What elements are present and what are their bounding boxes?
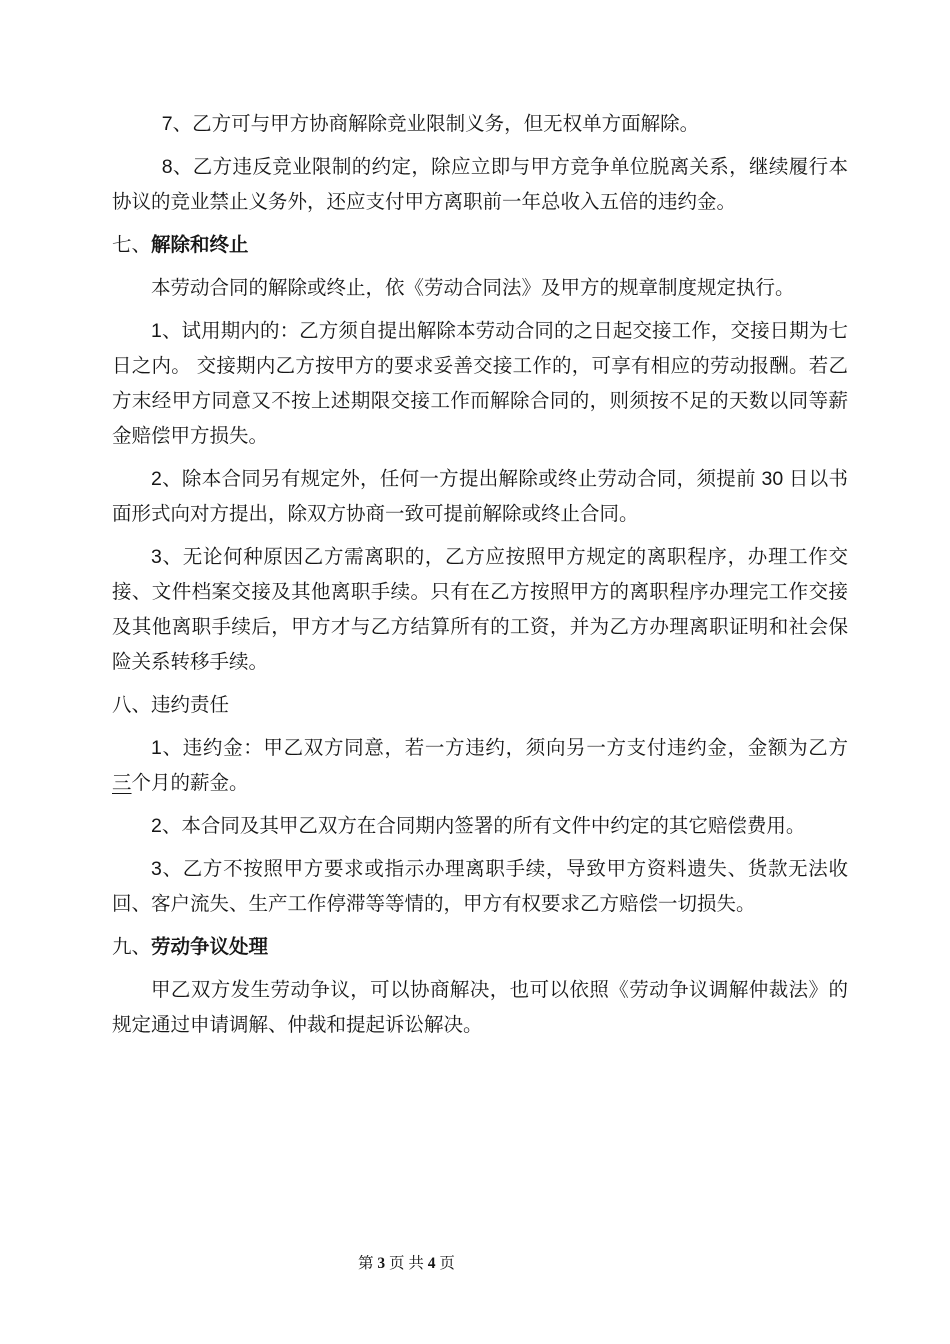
page-number: 3 (377, 1255, 385, 1272)
section-7-intro: 本劳动合同的解除或终止，依《劳动合同法》及甲方的规章制度规定执行。 (112, 271, 848, 306)
document-page: 7、乙方可与甲方协商解除竞业限制义务，但无权单方面解除。 8、乙方违反竞业限制的… (0, 0, 950, 1043)
section-8-item-1-tail: 个月的薪金。 (132, 772, 249, 794)
section-7-item-2: 2、除本合同另有规定外，任何一方提出解除或终止劳动合同，须提前 30 日以书面形… (112, 462, 848, 532)
clause-6-item-8: 8、乙方违反竞业限制的约定，除应立即与甲方竞争单位脱离关系，继续履行本协议的竞业… (112, 150, 848, 220)
section-number: 七、 (112, 234, 151, 256)
footer-prefix: 第 (358, 1255, 377, 1272)
underlined-value: 三 (112, 772, 132, 794)
section-7-item-1: 1、试用期内的：乙方须自提出解除本劳动合同的之日起交接工作，交接日期为七日之内。… (112, 314, 848, 454)
section-8-item-2: 2、本合同及其甲乙双方在合同期内签署的所有文件中约定的其它赔偿费用。 (112, 809, 848, 844)
clause-6-item-7: 7、乙方可与甲方协商解除竞业限制义务，但无权单方面解除。 (112, 107, 848, 142)
section-heading-7: 七、解除和终止 (112, 228, 848, 263)
footer-middle: 页 共 (385, 1255, 428, 1272)
section-9-body: 甲乙双方发生劳动争议，可以协商解决，也可以依照《劳动争议调解仲裁法》的规定通过申… (112, 973, 848, 1043)
total-pages: 4 (428, 1255, 436, 1272)
page-footer: 第 3 页 共 4 页 (358, 1253, 455, 1275)
section-8-item-1: 1、违约金：甲乙双方同意，若一方违约，须向另一方支付违约金，金额为乙方 三个月的… (112, 731, 848, 801)
section-number: 九、 (112, 936, 151, 958)
section-heading-9: 九、劳动争议处理 (112, 930, 848, 965)
section-7-item-3: 3、无论何种原因乙方需离职的，乙方应按照甲方规定的离职程序，办理工作交接、文件档… (112, 540, 848, 680)
section-title: 劳动争议处理 (151, 936, 268, 958)
section-title: 解除和终止 (151, 234, 249, 256)
section-heading-8: 八、违约责任 (112, 688, 848, 723)
footer-suffix: 页 (436, 1255, 455, 1272)
section-8-item-3: 3、乙方不按照甲方要求或指示办理离职手续，导致甲方资料遗失、货款无法收回、客户流… (112, 852, 848, 922)
section-8-item-1-text: 1、违约金：甲乙双方同意，若一方违约，须向另一方支付违约金，金额为乙方 (151, 737, 848, 759)
